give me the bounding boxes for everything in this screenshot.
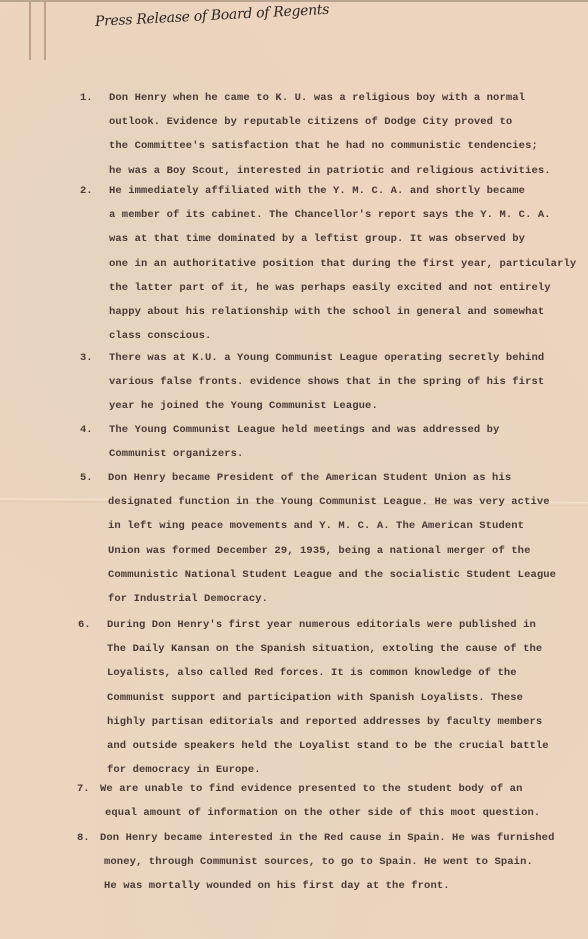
staple-mark [29,2,31,60]
item-text-line: in left wing peace movements and Y. M. C… [108,520,524,532]
item-text-line: He immediately affiliated with the Y. M.… [109,185,525,197]
item-number: 5. [80,472,93,484]
item-text-line: During Don Henry's first year numerous e… [107,619,536,631]
item-text-line: equal amount of information on the other… [105,807,540,819]
item-text-line: one in an authoritative position that du… [109,258,576,270]
item-text-line: and outside speakers held the Loyalist s… [107,740,549,752]
item-text-line: Union was formed December 29, 1935, bein… [108,545,530,557]
handwritten-title: Press Release of Board of Regents [95,2,330,30]
item-text-line: The Young Communist League held meetings… [109,424,499,436]
item-text-line: We are unable to find evidence presented… [100,783,522,795]
item-text-line: He was mortally wounded on his first day… [104,880,450,892]
item-number: 6. [78,619,91,631]
item-number: 1. [80,92,93,104]
item-text-line: Loyalists, also called Red forces. It is… [107,667,517,679]
item-text-line: Communist support and participation with… [107,692,523,704]
item-text-line: happy about his relationship with the sc… [109,306,544,318]
item-text-line: year he joined the Young Communist Leagu… [109,400,378,412]
item-text-line: Don Henry became interested in the Red c… [100,832,554,844]
item-text-line: The Daily Kansan on the Spanish situatio… [107,643,542,655]
item-text-line: Communistic National Student League and … [108,569,556,581]
item-text-line: designated function in the Young Communi… [108,496,550,508]
item-number: 2. [80,185,93,197]
item-text-line: the latter part of it, he was perhaps ea… [109,282,551,294]
item-text-line: for democracy in Europe. [107,764,261,776]
item-text-line: money, through Communist sources, to go … [104,856,533,868]
item-text-line: highly partisan editorials and reported … [107,716,542,728]
item-text-line: outlook. Evidence by reputable citizens … [109,116,512,128]
document-page: Press Release of Board of Regents 1.Don … [0,0,588,939]
item-number: 7. [77,783,90,795]
item-text-line: was at that time dominated by a leftist … [109,233,525,245]
staple-mark [44,2,46,60]
item-text-line: the Committee's satisfaction that he had… [109,140,538,152]
item-number: 4. [80,424,93,436]
item-text-line: Don Henry became President of the Americ… [108,472,511,484]
item-text-line: a member of its cabinet. The Chancellor'… [109,209,551,221]
item-text-line: he was a Boy Scout, interested in patrio… [109,165,551,177]
item-text-line: Don Henry when he came to K. U. was a re… [109,92,525,104]
item-text-line: for Industrial Democracy. [108,593,268,605]
item-number: 8. [77,832,90,844]
page-top-edge [0,0,588,2]
item-text-line: various false fronts. evidence shows tha… [109,376,544,388]
item-text-line: Communist organizers. [109,448,243,460]
item-number: 3. [80,352,93,364]
item-text-line: There was at K.U. a Young Communist Leag… [109,352,544,364]
item-text-line: class conscious. [109,330,211,342]
